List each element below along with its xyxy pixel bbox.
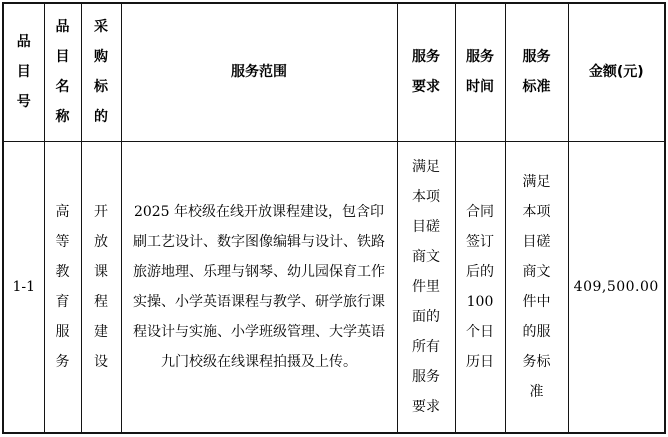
header-amount-label: 金额(元) bbox=[589, 64, 644, 80]
procurement-target-value: 开放课程建设 bbox=[93, 197, 108, 377]
service-standard-value: 满足本项目磋商文件中的服务标准 bbox=[522, 167, 551, 407]
document-page: 品目号 品目名称 采购标的 服务范围 服务要求 服务时间 服务标 bbox=[0, 0, 668, 437]
header-service-standard: 服务标准 bbox=[505, 3, 568, 141]
cell-item-name: 高等教育服务 bbox=[44, 141, 81, 433]
header-service-scope-label: 服务范围 bbox=[231, 64, 287, 80]
header-procurement-target: 采购标的 bbox=[81, 3, 121, 141]
cell-procurement-target: 开放课程建设 bbox=[81, 141, 121, 433]
service-requirement-value: 满足本项目磋商文件里面的所有服务要求 bbox=[412, 152, 441, 422]
cell-service-scope: 2025 年校级在线开放课程建设，包含印刷工艺设计、数字图像编辑与设计、铁路旅游… bbox=[121, 141, 397, 433]
header-service-requirement-label: 服务要求 bbox=[412, 42, 441, 102]
header-item-name: 品目名称 bbox=[44, 3, 81, 141]
header-service-scope: 服务范围 bbox=[121, 3, 397, 141]
item-name-value: 高等教育服务 bbox=[55, 197, 70, 377]
cell-service-standard: 满足本项目磋商文件中的服务标准 bbox=[505, 141, 568, 433]
header-service-time-label: 服务时间 bbox=[466, 42, 495, 102]
header-row: 品目号 品目名称 采购标的 服务范围 服务要求 服务时间 服务标 bbox=[3, 3, 665, 141]
header-item-name-label: 品目名称 bbox=[55, 12, 70, 132]
cell-service-requirement: 满足本项目磋商文件里面的所有服务要求 bbox=[397, 141, 455, 433]
cell-item-no: 1-1 bbox=[3, 141, 44, 433]
header-service-standard-label: 服务标准 bbox=[522, 42, 551, 102]
amount-value: 409,500.00 bbox=[574, 279, 659, 295]
procurement-table: 品目号 品目名称 采购标的 服务范围 服务要求 服务时间 服务标 bbox=[2, 2, 666, 434]
service-time-value: 合同签订后的100个日历日 bbox=[466, 197, 495, 377]
table-row: 1-1 高等教育服务 开放课程建设 2025 年校级在线开放课程建设，包含印刷工… bbox=[3, 141, 665, 433]
cell-amount: 409,500.00 bbox=[568, 141, 665, 433]
header-service-requirement: 服务要求 bbox=[397, 3, 455, 141]
cell-service-time: 合同签订后的100个日历日 bbox=[455, 141, 505, 433]
header-procurement-target-label: 采购标的 bbox=[93, 12, 108, 132]
header-amount: 金额(元) bbox=[568, 3, 665, 141]
item-no-value: 1-1 bbox=[12, 279, 35, 295]
header-item-no: 品目号 bbox=[3, 3, 44, 141]
header-item-no-label: 品目号 bbox=[16, 27, 31, 117]
header-service-time: 服务时间 bbox=[455, 3, 505, 141]
